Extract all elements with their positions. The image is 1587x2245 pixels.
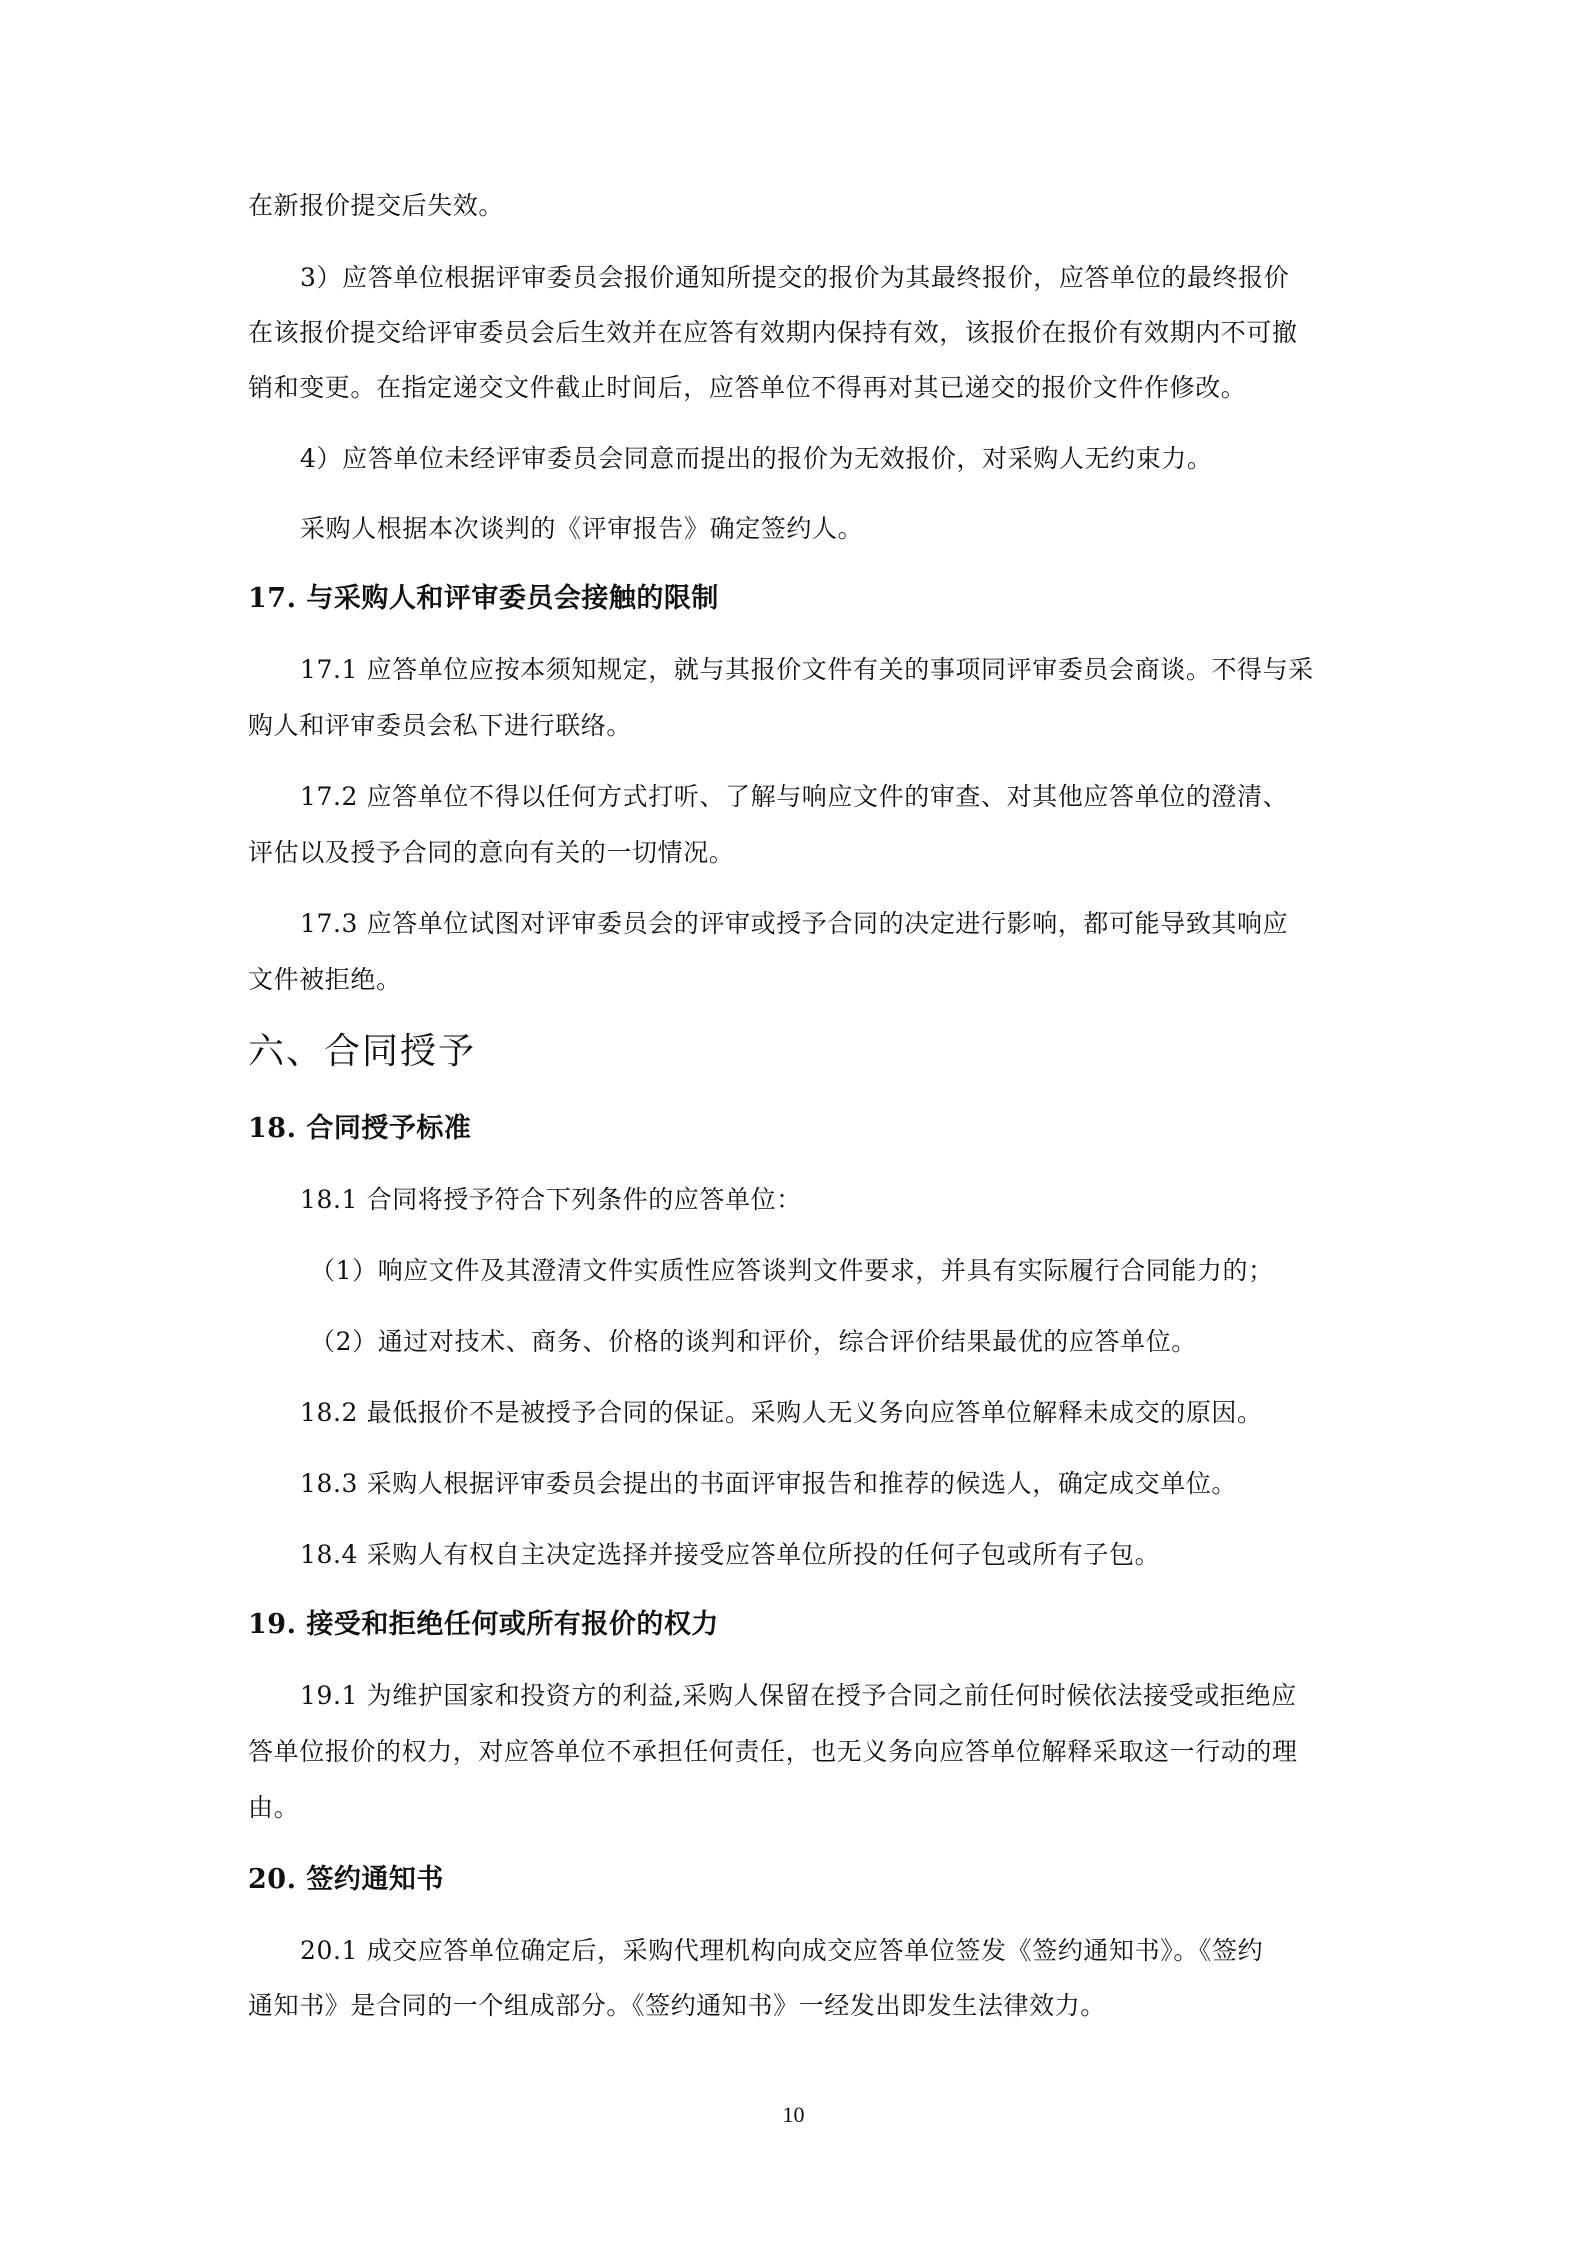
paragraph-line: 17.2 应答单位不得以任何方式打听、了解与响应文件的审查、对其他应答单位的澄清…	[300, 781, 1450, 813]
paragraph-line: 在新报价提交后失效。	[248, 190, 1398, 222]
section-heading: 18. 合同授予标准	[248, 1113, 1398, 1145]
paragraph-line: 在该报价提交给评审委员会后生效并在应答有效期内保持有效，该报价在报价有效期内不可…	[248, 317, 1398, 349]
paragraph-line: 评估以及授予合同的意向有关的一切情况。	[248, 837, 1398, 869]
paragraph-line: 答单位报价的权力，对应答单位不承担任何责任，也无义务向应答单位解释采取这一行动的…	[248, 1736, 1398, 1768]
paragraph-line: 销和变更。在指定递交文件截止时间后，应答单位不得再对其已递交的报价文件作修改。	[248, 372, 1398, 404]
paragraph-line: 采购人根据本次谈判的《评审报告》确定签约人。	[300, 513, 1450, 545]
section-heading: 17. 与采购人和评审委员会接触的限制	[248, 583, 1398, 615]
section-heading: 19. 接受和拒绝任何或所有报价的权力	[248, 1609, 1398, 1641]
paragraph-line: 18.4 采购人有权自主决定选择并接受应答单位所投的任何子包或所有子包。	[300, 1539, 1450, 1571]
paragraph-line: 18.1 合同将授予符合下列条件的应答单位：	[300, 1184, 1450, 1216]
page-number: 10	[0, 2102, 1587, 2128]
paragraph-line: 3）应答单位根据评审委员会报价通知所提交的报价为其最终报价，应答单位的最终报价	[300, 262, 1450, 294]
paragraph-line: 4）应答单位未经评审委员会同意而提出的报价为无效报价，对采购人无约束力。	[300, 443, 1450, 475]
paragraph-line: 17.3 应答单位试图对评审委员会的评审或授予合同的决定进行影响，都可能导致其响…	[300, 908, 1450, 940]
paragraph-line: 18.2 最低报价不是被授予合同的保证。采购人无义务向应答单位解释未成交的原因。	[300, 1397, 1450, 1429]
paragraph-line: 19.1 为维护国家和投资方的利益,采购人保留在授予合同之前任何时候依法接受或拒…	[300, 1680, 1450, 1712]
chapter-heading: 六、合同授予	[248, 1036, 1398, 1068]
paragraph-line: 20.1 成交应答单位确定后，采购代理机构向成交应答单位签发《签约通知书》。《签…	[300, 1935, 1450, 1967]
paragraph-line: 17.1 应答单位应按本须知规定，就与其报价文件有关的事项同评审委员会商谈。不得…	[300, 654, 1450, 686]
paragraph-line: 文件被拒绝。	[248, 964, 1398, 996]
document-page: 在新报价提交后失效。3）应答单位根据评审委员会报价通知所提交的报价为其最终报价，…	[0, 0, 1587, 2245]
paragraph-line: 由。	[248, 1792, 1398, 1824]
paragraph-line: 18.3 采购人根据评审委员会提出的书面评审报告和推荐的候选人，确定成交单位。	[300, 1468, 1450, 1500]
paragraph-line: （2）通过对技术、商务、价格的谈判和评价，综合评价结果最优的应答单位。	[310, 1326, 1460, 1358]
paragraph-line: （1）响应文件及其澄清文件实质性应答谈判文件要求，并具有实际履行合同能力的；	[310, 1255, 1460, 1287]
section-heading: 20. 签约通知书	[248, 1864, 1398, 1896]
paragraph-line: 通知书》是合同的一个组成部分。《签约通知书》一经发出即发生法律效力。	[248, 1990, 1398, 2022]
paragraph-line: 购人和评审委员会私下进行联络。	[248, 710, 1398, 742]
